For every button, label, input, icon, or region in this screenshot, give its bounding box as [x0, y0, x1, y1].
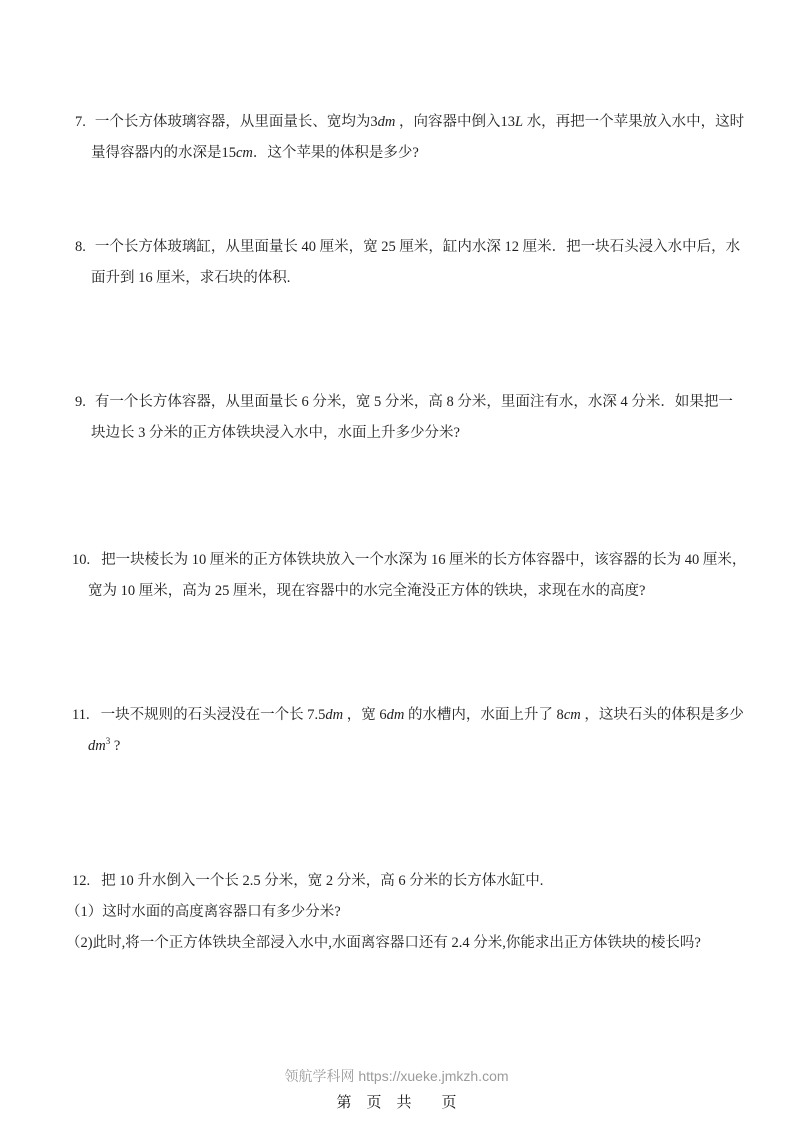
unit-text: dm	[387, 707, 405, 723]
problem-number: 12.	[72, 866, 90, 897]
problem-text: 的水槽内，水面上升了 8	[404, 707, 564, 723]
watermark-site-link: 领航学科网 https://xueke.jmkzh.com	[0, 1066, 793, 1086]
problem-text: ?	[110, 738, 120, 754]
problem-line: 块边长 3 分米的正方体铁块浸入水中，水面上升多少分米?	[75, 418, 733, 449]
unit-text: dm	[325, 707, 343, 723]
problem-text: ．这个苹果的体积是多少?	[253, 145, 419, 161]
problem-text: ，向容器中倒入13	[395, 114, 515, 130]
problem-line: 11.一块不规则的石头浸没在一个长 7.5dm ，宽 6dm 的水槽内，水面上升…	[72, 700, 744, 731]
problem-text: 把一块棱长为 10 厘米的正方体铁块放入一个水深为 16 厘米的长方体容器中，该…	[101, 552, 746, 568]
problem-number: 10.	[72, 545, 90, 576]
problem-line: 量得容器内的水深是15cm．这个苹果的体积是多少?	[75, 138, 744, 169]
problem-text: （2)此时,将一个正方体铁块全部浸入水中,水面离容器口还有 2.4 分米,你能求…	[66, 935, 701, 951]
problem-line: 10.把一块棱长为 10 厘米的正方体铁块放入一个水深为 16 厘米的长方体容器…	[72, 545, 746, 576]
problem-text: 宽为 10 厘米，高为 25 厘米，现在容器中的水完全淹没正方体的铁块，求现在水…	[88, 583, 645, 599]
problem-text: 一个长方体玻璃缸，从里面量长 40 厘米，宽 25 厘米，缸内水深 12 厘米．…	[95, 239, 740, 255]
problem-text: 一块不规则的石头浸没在一个长 7.5	[101, 707, 326, 723]
worksheet-page: 7.一个长方体玻璃容器，从里面量长、宽均为3dm ，向容器中倒入13L 水，再把…	[0, 0, 793, 1122]
problem-text: 面升到 16 厘米，求石块的体积.	[91, 270, 290, 286]
problem-line: 9.有一个长方体容器，从里面量长 6 分米，宽 5 分米，高 8 分米，里面注有…	[75, 387, 733, 418]
problem-line: 7.一个长方体玻璃容器，从里面量长、宽均为3dm ，向容器中倒入13L 水，再把…	[75, 107, 744, 138]
problem-line: dm3 ?	[72, 731, 744, 762]
problem-12: 12.把 10 升水倒入一个长 2.5 分米，宽 2 分米，高 6 分米的长方体…	[66, 866, 701, 959]
problem-text: （1）这时水面的高度离容器口有多少分米?	[66, 904, 341, 920]
unit-text: cm	[564, 707, 581, 723]
problem-line: （2)此时,将一个正方体铁块全部浸入水中,水面离容器口还有 2.4 分米,你能求…	[66, 928, 701, 959]
problem-text: 量得容器内的水深是15	[91, 145, 236, 161]
problem-text: ，这块石头的体积是多少	[581, 707, 744, 723]
unit-text: L	[515, 114, 523, 130]
unit-text: dm	[88, 738, 106, 754]
problem-text: 有一个长方体容器，从里面量长 6 分米，宽 5 分米，高 8 分米，里面注有水，…	[95, 394, 733, 410]
problem-line: 宽为 10 厘米，高为 25 厘米，现在容器中的水完全淹没正方体的铁块，求现在水…	[72, 576, 746, 607]
problem-text: 一个长方体玻璃容器，从里面量长、宽均为3	[95, 114, 378, 130]
problem-7: 7.一个长方体玻璃容器，从里面量长、宽均为3dm ，向容器中倒入13L 水，再把…	[75, 107, 744, 169]
problem-10: 10.把一块棱长为 10 厘米的正方体铁块放入一个水深为 16 厘米的长方体容器…	[72, 545, 746, 607]
problem-line: 面升到 16 厘米，求石块的体积.	[75, 263, 740, 294]
problem-8: 8.一个长方体玻璃缸，从里面量长 40 厘米，宽 25 厘米，缸内水深 12 厘…	[75, 232, 740, 294]
problem-line: 12.把 10 升水倒入一个长 2.5 分米，宽 2 分米，高 6 分米的长方体…	[66, 866, 701, 897]
problem-line: （1）这时水面的高度离容器口有多少分米?	[66, 897, 701, 928]
problem-number: 7.	[75, 107, 86, 138]
problem-text: ，宽 6	[343, 707, 387, 723]
problem-text: 水，再把一个苹果放入水中，这时	[523, 114, 744, 130]
problem-number: 9.	[75, 387, 86, 418]
problem-11: 11.一块不规则的石头浸没在一个长 7.5dm ，宽 6dm 的水槽内，水面上升…	[72, 700, 744, 762]
problem-text: 把 10 升水倒入一个长 2.5 分米，宽 2 分米，高 6 分米的长方体水缸中…	[101, 873, 543, 889]
problem-number: 8.	[75, 232, 86, 263]
page-number-label: 第 页 共 页	[0, 1092, 793, 1113]
problem-number: 11.	[72, 700, 90, 731]
problem-9: 9.有一个长方体容器，从里面量长 6 分米，宽 5 分米，高 8 分米，里面注有…	[75, 387, 733, 449]
problem-line: 8.一个长方体玻璃缸，从里面量长 40 厘米，宽 25 厘米，缸内水深 12 厘…	[75, 232, 740, 263]
unit-text: cm	[236, 145, 253, 161]
problem-text: 块边长 3 分米的正方体铁块浸入水中，水面上升多少分米?	[91, 425, 460, 441]
unit-text: dm	[378, 114, 396, 130]
